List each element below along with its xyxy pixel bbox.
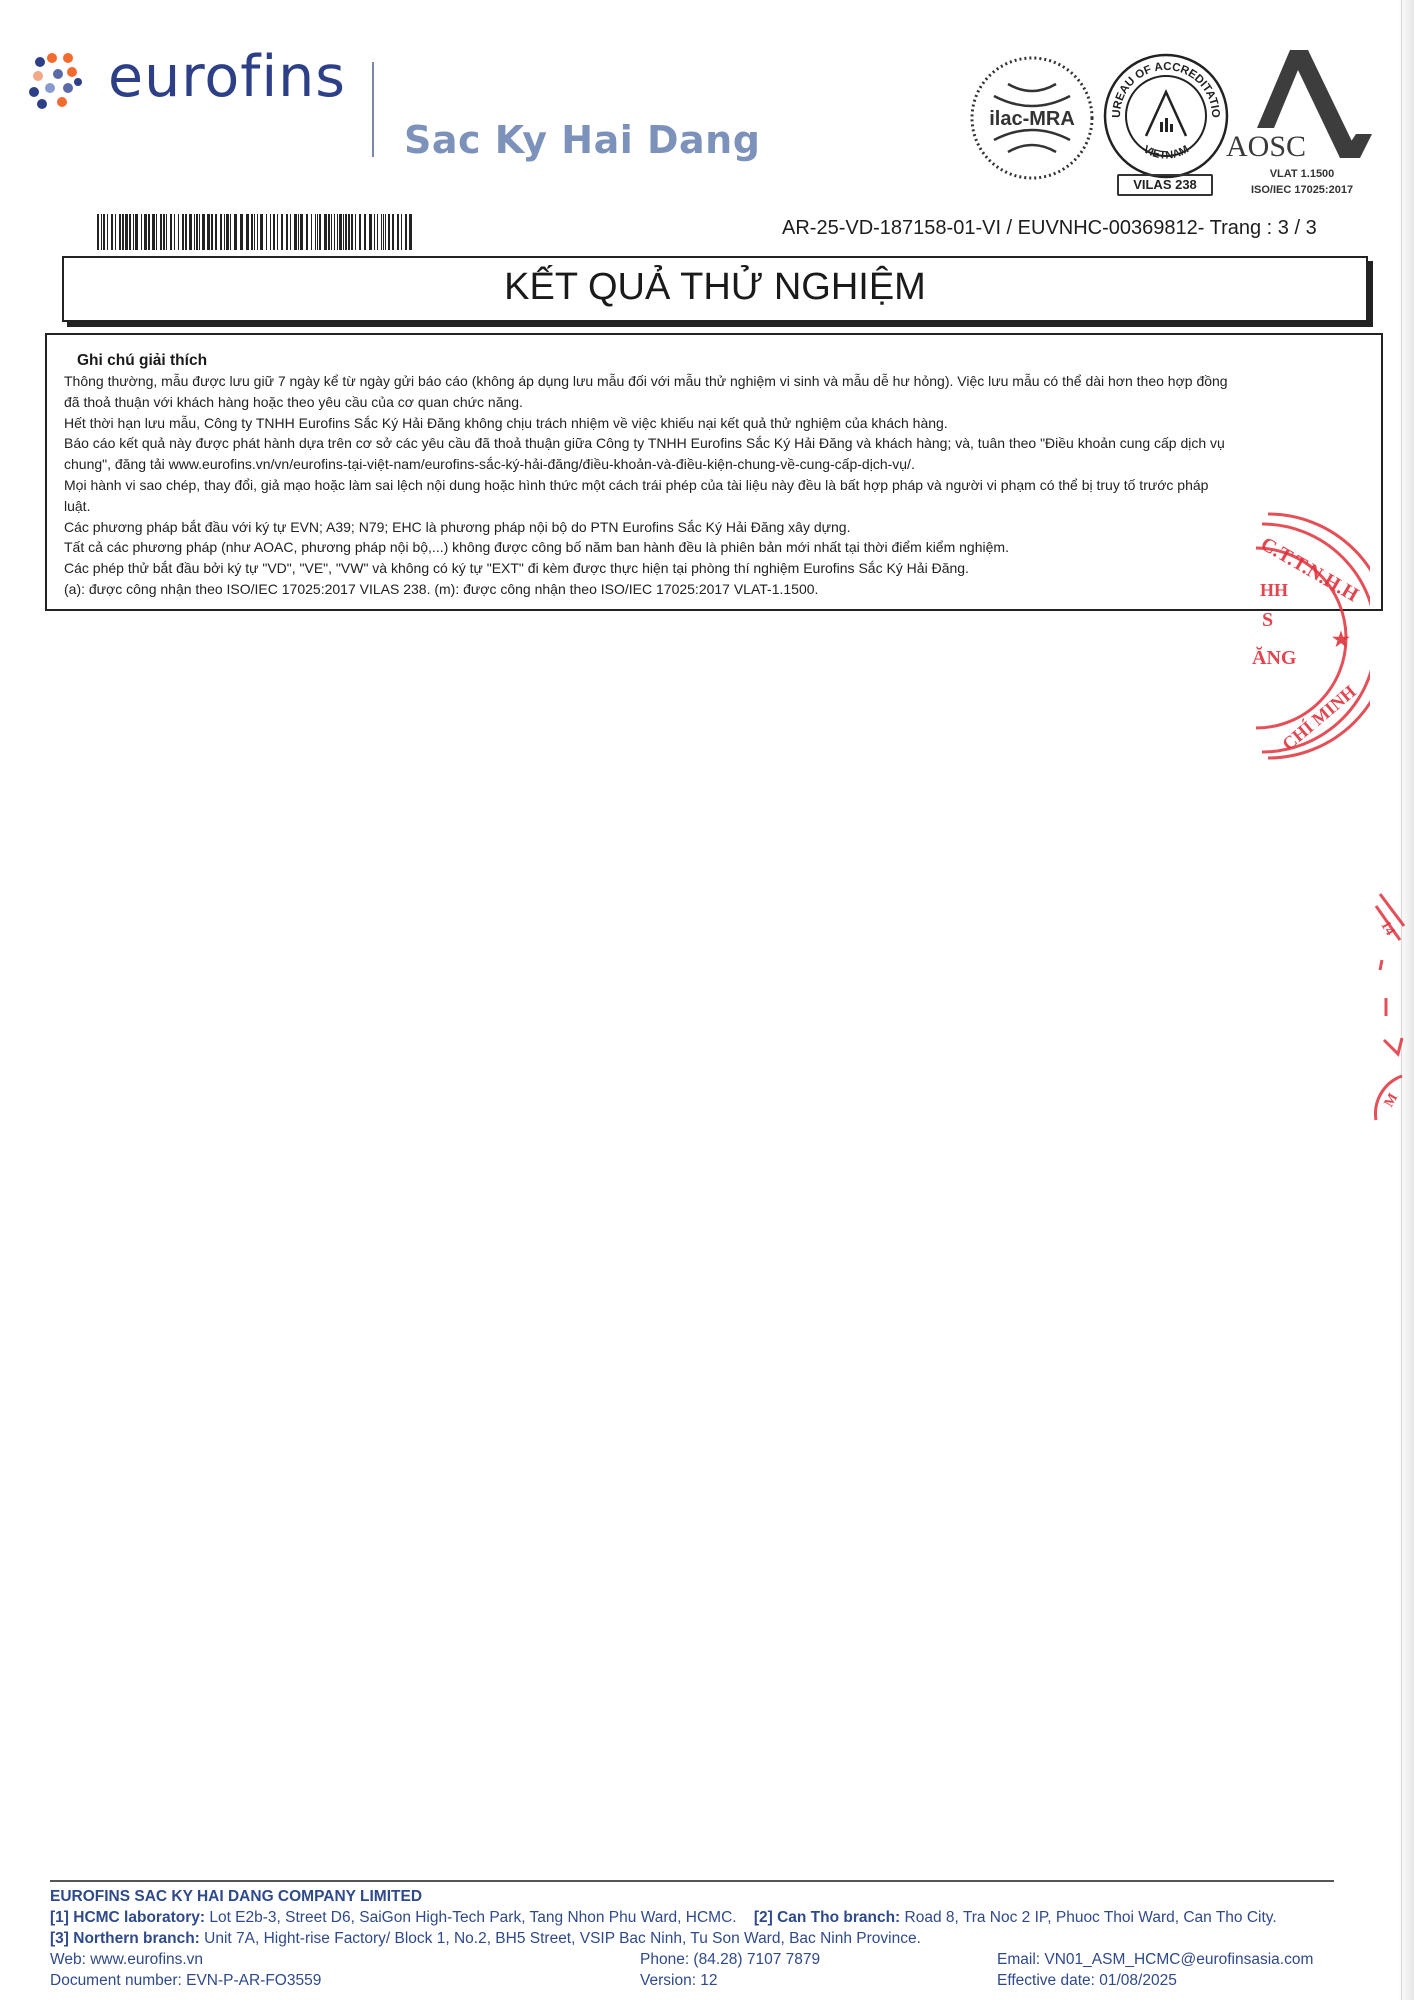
footer-contact-row: Web: www.eurofins.vn Phone: (84.28) 7107… xyxy=(50,1951,1350,1969)
edge-stamp-fragment-icon: 14 M xyxy=(1372,890,1406,1130)
note-line: Các phép thử bắt đầu bởi ký tự "VD", "VE… xyxy=(64,558,1361,579)
footer-effective-date: Effective date: 01/08/2025 xyxy=(997,1972,1177,1990)
footer-document-number: Document number: EVN-P-AR-FO3559 xyxy=(50,1972,321,1989)
note-line: chung", đăng tải www.eurofins.vn/vn/euro… xyxy=(64,454,1361,475)
note-line: Hết thời hạn lưu mẫu, Công ty TNHH Eurof… xyxy=(64,413,1361,434)
svg-text:★: ★ xyxy=(1332,629,1350,651)
svg-text:ĂNG: ĂNG xyxy=(1252,645,1297,669)
svg-text:VIETNAM: VIETNAM xyxy=(1141,143,1191,161)
footer-address-row-1: [1] HCMC laboratory: Lot E2b-3, Street D… xyxy=(50,1909,1277,1927)
bureau-of-accreditation-logo-icon: BUREAU OF ACCREDITATION VIETNAM xyxy=(1102,52,1230,180)
notes-heading: Ghi chú giải thích xyxy=(77,352,207,370)
company-seal-stamp-icon: C.T.T.N.H.H HH S ĂNG ★ CHÍ MINH xyxy=(1240,508,1370,768)
svg-text:14: 14 xyxy=(1377,919,1397,939)
note-line: Các phương pháp bắt đầu với ký tự EVN; A… xyxy=(64,517,1361,538)
note-line: Tất cả các phương pháp (như AOAC, phương… xyxy=(64,537,1361,558)
footer-company-name: EUROFINS SAC KY HAI DANG COMPANY LIMITED xyxy=(50,1888,422,1906)
report-reference: AR-25-VD-187158-01-VI / EUVNHC-00369812-… xyxy=(782,217,1317,240)
note-line: Báo cáo kết quả này được phát hành dựa t… xyxy=(64,433,1361,454)
logo-divider xyxy=(372,62,374,157)
note-line: Thông thường, mẫu được lưu giữ 7 ngày kể… xyxy=(64,371,1361,392)
hcmc-address: Lot E2b-3, Street D6, SaiGon High-Tech P… xyxy=(205,1909,737,1926)
svg-text:M: M xyxy=(1382,1091,1402,1110)
footer-phone: Phone: (84.28) 7107 7879 xyxy=(640,1951,820,1969)
eurofins-molecule-icon xyxy=(28,52,98,122)
logo-subtitle: Sac Ky Hai Dang xyxy=(404,118,760,162)
svg-text:S: S xyxy=(1262,609,1273,631)
northern-address: Unit 7A, Hight-rise Factory/ Block 1, No… xyxy=(200,1930,921,1947)
cantho-label: [2] Can Tho branch: xyxy=(754,1909,900,1926)
footer-address-row-2: [3] Northern branch: Unit 7A, Hight-rise… xyxy=(50,1930,921,1948)
footer-version: Version: 12 xyxy=(640,1972,718,1990)
vilas-badge: VILAS 238 xyxy=(1117,174,1213,196)
explanatory-notes: Ghi chú giải thích Thông thường, mẫu đượ… xyxy=(45,333,1383,611)
note-line: Mọi hành vi sao chép, thay đổi, giả mạo … xyxy=(64,475,1361,496)
footer-web: Web: www.eurofins.vn xyxy=(50,1951,203,1968)
ilac-mra-logo-icon: ilac-MRA xyxy=(968,54,1096,182)
logo-wordmark: eurofins xyxy=(108,44,346,110)
northern-label: [3] Northern branch: xyxy=(50,1930,200,1947)
page-title: KẾT QUẢ THỬ NGHIỆM xyxy=(64,266,1366,309)
title-box: KẾT QUẢ THỬ NGHIỆM xyxy=(62,256,1368,322)
note-line: luật. xyxy=(64,496,1361,517)
footer-document-row: Document number: EVN-P-AR-FO3559 Version… xyxy=(50,1972,1350,1990)
aosc-iso: ISO/IEC 17025:2017 xyxy=(1232,184,1372,196)
note-line: đã thoả thuận với khách hàng hoặc theo y… xyxy=(64,392,1361,413)
notes-lines: Thông thường, mẫu được lưu giữ 7 ngày kể… xyxy=(64,371,1361,600)
hcmc-label: [1] HCMC laboratory: xyxy=(50,1909,205,1926)
svg-text:ilac-MRA: ilac-MRA xyxy=(989,108,1075,130)
aosc-vlat: VLAT 1.1500 xyxy=(1232,168,1372,180)
barcode-icon xyxy=(97,214,415,250)
svg-text:BUREAU OF ACCREDITATION: BUREAU OF ACCREDITATION xyxy=(1102,52,1221,118)
note-line: (a): được công nhận theo ISO/IEC 17025:2… xyxy=(64,579,1361,600)
footer-divider xyxy=(50,1880,1334,1882)
svg-text:HH: HH xyxy=(1260,580,1288,600)
aosc-wordmark: AOSC xyxy=(1226,130,1306,164)
svg-text:CHÍ MINH: CHÍ MINH xyxy=(1278,681,1360,755)
cantho-address: Road 8, Tra Noc 2 IP, Phuoc Thoi Ward, C… xyxy=(900,1909,1277,1926)
footer-email: Email: VN01_ASM_HCMC@eurofinsasia.com xyxy=(997,1951,1313,1969)
